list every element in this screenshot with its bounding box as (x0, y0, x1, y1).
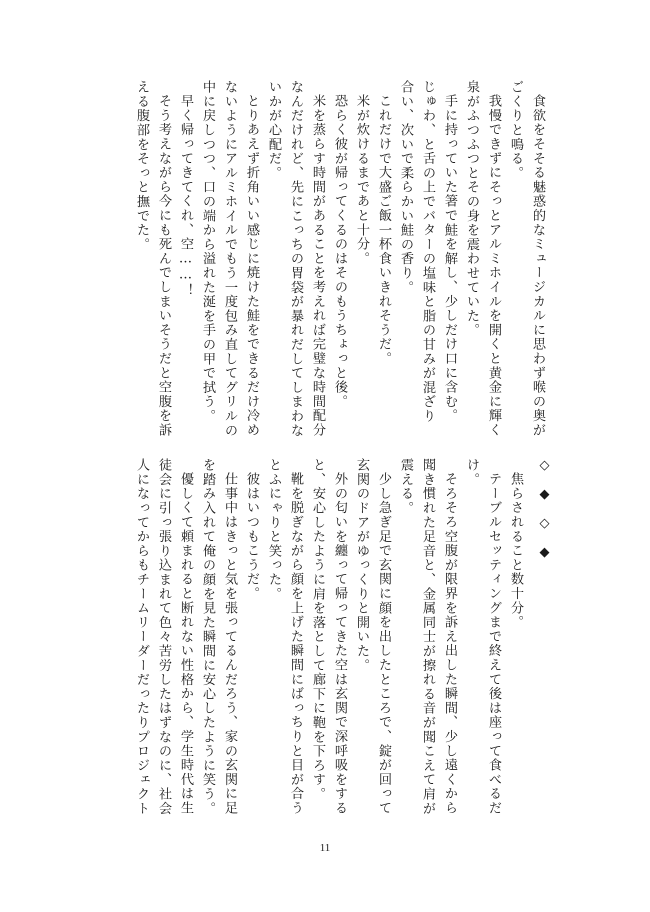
text-column: じゅわ、と舌の上でバターの塩味と脂の甘みが混ざり (416, 80, 438, 440)
text-column: と、安心したように肩を落として廊下に鞄を下ろす。 (306, 458, 328, 828)
bottom-text-block: ◇◆◇◆ 焦らされること数十分。 テーブルセッティングまで終えて後は座って食べる… (126, 458, 566, 828)
text-column: 仕事中はきっと気を張ってるんだろう、家の玄関に足 (218, 458, 240, 842)
text-column: 泉がふつふつとその身を震わせていた。 (460, 80, 482, 440)
text-column: 米を蒸らす時間があることを考えれば完璧な時間配分 (306, 80, 328, 454)
text-column: 我慢できずにそっとアルミホイルを開くと黄金に輝く (482, 80, 504, 454)
text-column: 合い、次いで柔らかい鮭の香り。 (394, 80, 416, 440)
text-column: 人になってからもチームリーダーだったりプロジェクト (130, 458, 152, 828)
text-column: える腹部をそっと撫でた。 (130, 80, 152, 440)
text-column: 徒会に引っ張り込まれて色々苦労したはずなのに、社会 (152, 458, 174, 828)
text-column: とりあえず折角いい感じに焼けた鮭をできるだけ冷め (240, 80, 262, 454)
text-column: 恐らく彼が帰ってくるのはそのもうちょっと後。 (328, 80, 350, 454)
text-column: テーブルセッティングまで終えて後は座って食べるだ (482, 458, 504, 842)
text-column: 米が炊けるまであと十分。 (350, 80, 372, 454)
text-column: なんだけれど、先にこっちの胃袋が暴れだしてしまわな (284, 80, 306, 440)
text-column: 彼はいつもこうだ。 (240, 458, 262, 842)
top-text-block: 食欲をそそる魅惑的なミュージカルに思わず喉の奥が ごくりと鳴る。 我慢できずにそ… (126, 80, 566, 440)
text-column: 手に持っていた箸で鮭を解し、少しだけ口に含む。 (438, 80, 460, 454)
novel-page: 食欲をそそる魅惑的なミュージカルに思わず喉の奥が ごくりと鳴る。 我慢できずにそ… (0, 0, 650, 912)
text-column: 震える。 (394, 458, 416, 828)
text-column: そろそろ空腹が限界を訴え出した瞬間、少し遠くから (438, 458, 460, 842)
text-column: 玄関のドアがゆっくりと開いた。 (350, 458, 372, 828)
text-column: 聞き慣れた足音と、金属同士が擦れる音が聞こえて肩が (416, 458, 438, 828)
text-column: ないようにアルミホイルでもう一度包み直してグリルの (218, 80, 240, 440)
text-column: を踏み入れて俺の顔を見た瞬間に安心したように笑う。 (196, 458, 218, 828)
text-column: 食欲をそそる魅惑的なミュージカルに思わず喉の奥が (526, 80, 548, 454)
text-column: とふにゃりと笑った。 (262, 458, 284, 828)
text-column: 優しくて頼まれると断れない性格から、学生時代は生 (174, 458, 196, 842)
text-column: 焦らされること数十分。 (504, 458, 526, 842)
text-column: け。 (460, 458, 482, 828)
text-column: これだけで大盛ご飯一杯食いきれそうだ。 (372, 80, 394, 454)
text-column: 中に戻しつつ、口の端から溢れた涎を手の甲で拭う。 (196, 80, 218, 440)
text-column: 早く帰ってきてくれ、空……！ (174, 80, 196, 454)
text-column: 外の匂いを纏って帰ってきた空は玄関で深呼吸をする (328, 458, 350, 842)
page-number: 11 (0, 842, 650, 854)
text-column: ごくりと鳴る。 (504, 80, 526, 440)
text-column: いかが心配だ。 (262, 80, 284, 440)
text-column: そう考えながら今にも死んでしまいそうだと空腹を訴 (152, 80, 174, 454)
text-column: 少し急ぎ足で玄関に顔を出したところで、錠が回って (372, 458, 394, 842)
text-column: 靴を脱ぎながら顔を上げた瞬間にばっちりと目が合う (284, 458, 306, 842)
section-separator: ◇◆◇◆ (533, 458, 555, 828)
